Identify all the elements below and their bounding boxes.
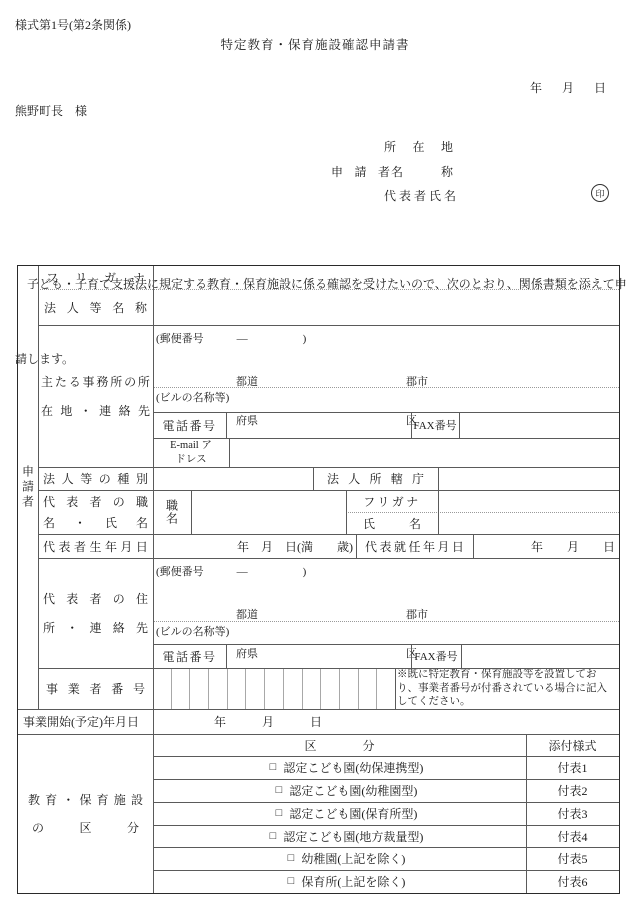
checkbox-unchecked-icon: □ <box>288 876 295 887</box>
checkbox-unchecked-icon: □ <box>276 785 283 796</box>
category-item-label: 認定こども園(幼保連携型) <box>283 759 423 776</box>
representative-name-label: 代表者氏名 <box>384 189 459 204</box>
attachment-form-2: 付表2 <box>526 779 619 802</box>
grid-line <box>153 387 619 388</box>
grid-line <box>411 644 412 668</box>
digit-box <box>377 668 395 709</box>
grid-line <box>346 512 619 513</box>
business-number-note: ※既に特定教育・保育施設等を設置してお り、事業者番号が付番されている場合に記入… <box>395 668 619 709</box>
rep-address-label: 代表者の住 所・連絡先 <box>38 558 153 668</box>
birthdate-value: 年 月 日(満 歳) <box>153 534 356 558</box>
start-date-value: 年 月 日 <box>153 709 453 734</box>
appointment-label: 代表就任年月日 <box>356 534 473 558</box>
grid-line <box>38 558 619 559</box>
address-label: 所在地 <box>384 140 453 155</box>
office-building-label: (ビルの名称等) <box>156 392 229 406</box>
grid-line <box>153 825 619 826</box>
category-header-attachment: 添付様式 <box>526 734 619 756</box>
digit-box <box>190 668 209 709</box>
corp-name-label: 法人等名称 <box>38 289 153 325</box>
corp-type-label: 法人等の種別 <box>38 467 153 490</box>
category-item-label: 認定こども園(幼稚園型) <box>289 782 417 799</box>
business-number-boxes <box>153 668 395 709</box>
grid-line <box>38 266 39 709</box>
checkbox-unchecked-icon: □ <box>270 762 277 773</box>
jurisdiction-label: 法人所轄庁 <box>313 467 438 490</box>
office-address-label: 主たる事務所の所 在地・連絡先 <box>38 325 153 467</box>
business-number-label: 事業者番号 <box>38 668 153 709</box>
office-tel-label: 電話番号 <box>153 412 226 438</box>
application-form-page: 様式第1号(第2条関係) 特定教育・保育施設確認申請書 年月日 熊野町長 様 所… <box>0 0 630 915</box>
grid-line <box>38 467 619 468</box>
rep-building-label: (ビルの名称等) <box>156 626 229 640</box>
grid-line <box>38 534 619 535</box>
grid-line <box>346 490 347 534</box>
digit-box <box>153 668 172 709</box>
grid-line <box>153 870 619 871</box>
digit-box <box>265 668 284 709</box>
seal-stamp-icon: 印 <box>591 184 609 202</box>
category-row-5: □ 幼稚園(上記を除く) <box>153 847 526 870</box>
grid-line <box>18 709 619 710</box>
grid-line <box>395 668 396 709</box>
category-item-label: 幼稚園(上記を除く) <box>301 850 405 867</box>
grid-line <box>313 467 314 490</box>
rep-name-label: 氏名 <box>346 512 438 534</box>
attachment-form-1: 付表1 <box>526 756 619 779</box>
grid-line <box>411 412 412 438</box>
rep-post-name-label: 代表者の職 名・氏名 <box>38 490 153 534</box>
category-row-6: □ 保育所(上記を除く) <box>153 870 526 893</box>
grid-line <box>18 734 619 735</box>
grid-line <box>473 534 474 558</box>
checkbox-unchecked-icon: □ <box>270 831 277 842</box>
appointment-value: 年 月 日 <box>473 534 619 558</box>
grid-line <box>153 644 619 645</box>
grid-line <box>153 756 619 757</box>
category-row-3: □ 認定こども園(保育所型) <box>153 802 526 825</box>
office-fax-label: FAX番号 <box>411 412 459 438</box>
grid-line <box>461 644 462 668</box>
grid-line <box>38 668 619 669</box>
grid-line <box>153 847 619 848</box>
digit-box <box>321 668 340 709</box>
digit-box <box>284 668 303 709</box>
checkbox-unchecked-icon: □ <box>288 853 295 864</box>
grid-line <box>153 438 619 439</box>
rep-tel-label: 電話番号 <box>153 644 226 668</box>
application-table: 申請者 フリガナ 法人等名称 主たる事務所の所 在地・連絡先 (郵便番号 ― )… <box>17 265 620 894</box>
grid-line <box>438 467 439 534</box>
attachment-form-4: 付表4 <box>526 825 619 847</box>
digit-box <box>340 668 359 709</box>
digit-box <box>172 668 191 709</box>
grid-line <box>226 412 227 438</box>
category-row-1: □ 認定こども園(幼保連携型) <box>153 756 526 779</box>
category-row-4: □ 認定こども園(地方裁量型) <box>153 825 526 847</box>
digit-box <box>246 668 265 709</box>
grid-line <box>153 779 619 780</box>
date-line: 年月日 <box>530 81 606 96</box>
rep-postal-label: (郵便番号 ― ) <box>156 566 306 580</box>
grid-line <box>153 412 619 413</box>
rep-post-label: 職名 <box>153 490 191 534</box>
grid-line <box>191 490 192 534</box>
applicant-name-label: 名称 <box>391 165 453 180</box>
facility-category-label: 教育・保育施設 の区分 <box>18 734 153 893</box>
office-postal-label: (郵便番号 ― ) <box>156 333 306 347</box>
category-header-kubun: 区分 <box>153 734 526 756</box>
addressee: 熊野町長 様 <box>15 104 87 119</box>
grid-line <box>226 644 227 668</box>
office-email-label: E-mail ア ドレス <box>153 438 229 467</box>
grid-line <box>153 621 619 622</box>
grid-line <box>356 534 357 558</box>
rep-fax-label: FAX番号 <box>411 644 461 668</box>
digit-box <box>359 668 378 709</box>
grid-line <box>526 734 527 893</box>
digit-box <box>303 668 322 709</box>
grid-line <box>229 438 230 467</box>
category-item-label: 保育所(上記を除く) <box>301 873 405 890</box>
grid-line <box>38 490 619 491</box>
grid-line <box>459 412 460 438</box>
applicant-column-label: 申請者 <box>18 266 38 709</box>
start-date-label: 事業開始(予定)年月日 <box>18 709 153 734</box>
grid-line <box>38 325 619 326</box>
attachment-form-6: 付表6 <box>526 870 619 893</box>
checkbox-unchecked-icon: □ <box>276 808 283 819</box>
attachment-form-3: 付表3 <box>526 802 619 825</box>
digit-box <box>228 668 247 709</box>
birthdate-label: 代表者生年月日 <box>38 534 153 558</box>
form-title: 特定教育・保育施設確認申請書 <box>0 38 630 54</box>
grid-line <box>153 802 619 803</box>
furigana-label: フリガナ <box>38 266 153 289</box>
attachment-form-5: 付表5 <box>526 847 619 870</box>
digit-box <box>209 668 228 709</box>
rep-furigana-label: フリガナ <box>346 490 438 512</box>
grid-line <box>153 266 154 893</box>
category-item-label: 認定こども園(地方裁量型) <box>283 828 423 845</box>
applicant-label: 申請者 <box>331 165 390 180</box>
form-number: 様式第1号(第2条関係) <box>15 18 131 33</box>
grid-line <box>38 289 619 290</box>
category-item-label: 認定こども園(保育所型) <box>289 805 417 822</box>
category-row-2: □ 認定こども園(幼稚園型) <box>153 779 526 802</box>
